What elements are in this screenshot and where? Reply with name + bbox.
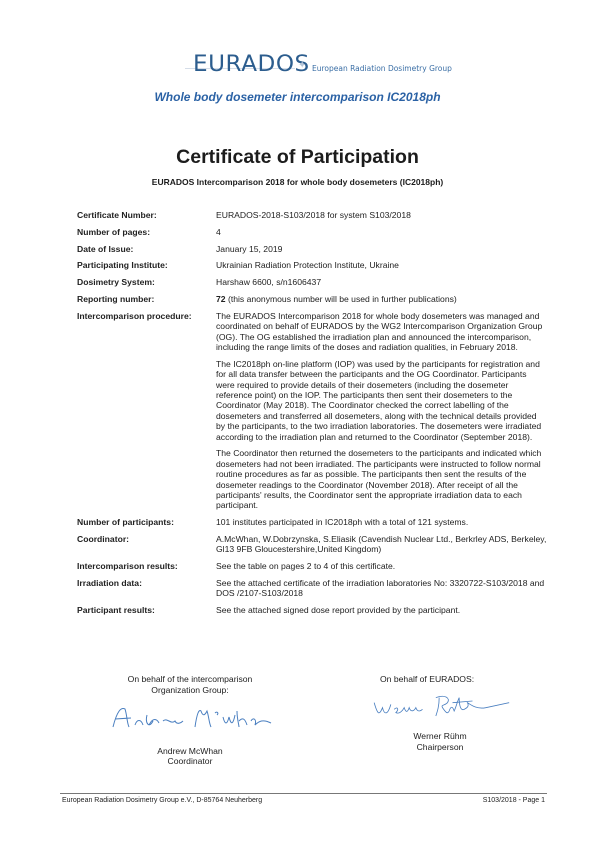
field-value: EURADOS-2018-S103/2018 for system S103/2… [216, 210, 547, 220]
field-label: Date of Issue: [77, 244, 216, 254]
field-label: Dosimetry System: [77, 277, 216, 287]
field-label: Certificate Number: [77, 210, 216, 220]
field-irradiation-data: Irradiation data: See the attached certi… [77, 578, 547, 599]
field-value: Ukrainian Radiation Protection Institute… [216, 260, 547, 270]
field-value: Harshaw 6600, s/n1606437 [216, 277, 547, 287]
handwritten-signature-icon [355, 691, 525, 721]
eurados-logo: EURADOS ✦ European Radiation Dosimetry G… [0, 52, 595, 82]
field-value: 72 (this anonymous number will be used i… [216, 294, 547, 304]
field-value: January 15, 2019 [216, 244, 547, 254]
field-value: See the attached certificate of the irra… [216, 578, 547, 599]
field-value: The EURADOS Intercomparison 2018 for who… [216, 311, 547, 511]
field-value: 4 [216, 227, 547, 237]
reporting-number-note: (this anonymous number will be used in f… [228, 294, 457, 304]
field-label: Irradiation data: [77, 578, 216, 599]
field-value: A.McWhan, W.Dobrzynska, S.Eliasik (Caven… [216, 534, 547, 555]
signature-block-chairperson: On behalf of EURADOS: Werner Rühm Chairp… [350, 674, 530, 752]
procedure-paragraph: The Coordinator then returned the doseme… [216, 448, 547, 510]
field-coordinator: Coordinator: A.McWhan, W.Dobrzynska, S.E… [77, 534, 547, 555]
field-intercomparison-results: Intercomparison results: See the table o… [77, 561, 547, 571]
footer-organization: European Radiation Dosimetry Group e.V.,… [62, 797, 262, 804]
certificate-fields: Certificate Number: EURADOS-2018-S103/20… [77, 210, 547, 622]
field-date-of-issue: Date of Issue: January 15, 2019 [77, 244, 547, 254]
on-behalf-text: On behalf of EURADOS: [350, 674, 530, 685]
field-value: See the table on pages 2 to 4 of this ce… [216, 561, 547, 571]
field-certificate-number: Certificate Number: EURADOS-2018-S103/20… [77, 210, 547, 220]
logo-tagline: European Radiation Dosimetry Group [312, 64, 452, 73]
header-subtitle: Whole body dosemeter intercomparison IC2… [0, 90, 595, 104]
signer-name: Werner Rühm [350, 731, 530, 742]
field-label: Participating Institute: [77, 260, 216, 270]
logo-star-icon: ✦ [298, 60, 306, 71]
field-value: 101 institutes participated in IC2018ph … [216, 517, 547, 527]
handwritten-signature-icon [105, 703, 275, 733]
field-number-of-participants: Number of participants: 101 institutes p… [77, 517, 547, 527]
footer-divider [60, 793, 547, 794]
field-participating-institute: Participating Institute: Ukrainian Radia… [77, 260, 547, 270]
field-label: Number of participants: [77, 517, 216, 527]
logo-wordmark: EURADOS [193, 52, 310, 77]
field-participant-results: Participant results: See the attached si… [77, 605, 547, 615]
on-behalf-text: On behalf of the intercomparison Organiz… [95, 674, 285, 695]
field-label: Intercomparison results: [77, 561, 216, 571]
signer-role: Chairperson [350, 742, 530, 753]
field-label: Number of pages: [77, 227, 216, 237]
page-title: Certificate of Participation [0, 146, 595, 169]
field-intercomparison-procedure: Intercomparison procedure: The EURADOS I… [77, 311, 547, 511]
procedure-paragraph: The IC2018ph on-line platform (IOP) was … [216, 359, 547, 442]
field-label: Participant results: [77, 605, 216, 615]
reporting-number: 72 [216, 294, 226, 304]
field-label: Intercomparison procedure: [77, 311, 216, 511]
field-reporting-number: Reporting number: 72 (this anonymous num… [77, 294, 547, 304]
page-subtitle: EURADOS Intercomparison 2018 for whole b… [0, 177, 595, 187]
signer-role: Coordinator [95, 756, 285, 767]
signature-block-coordinator: On behalf of the intercomparison Organiz… [95, 674, 285, 767]
footer-page-number: S103/2018 - Page 1 [483, 797, 545, 804]
field-number-of-pages: Number of pages: 4 [77, 227, 547, 237]
field-dosimetry-system: Dosimetry System: Harshaw 6600, s/n16064… [77, 277, 547, 287]
field-value: See the attached signed dose report prov… [216, 605, 547, 615]
field-label: Reporting number: [77, 294, 216, 304]
field-label: Coordinator: [77, 534, 216, 555]
signer-name: Andrew McWhan [95, 746, 285, 757]
procedure-paragraph: The EURADOS Intercomparison 2018 for who… [216, 311, 547, 353]
